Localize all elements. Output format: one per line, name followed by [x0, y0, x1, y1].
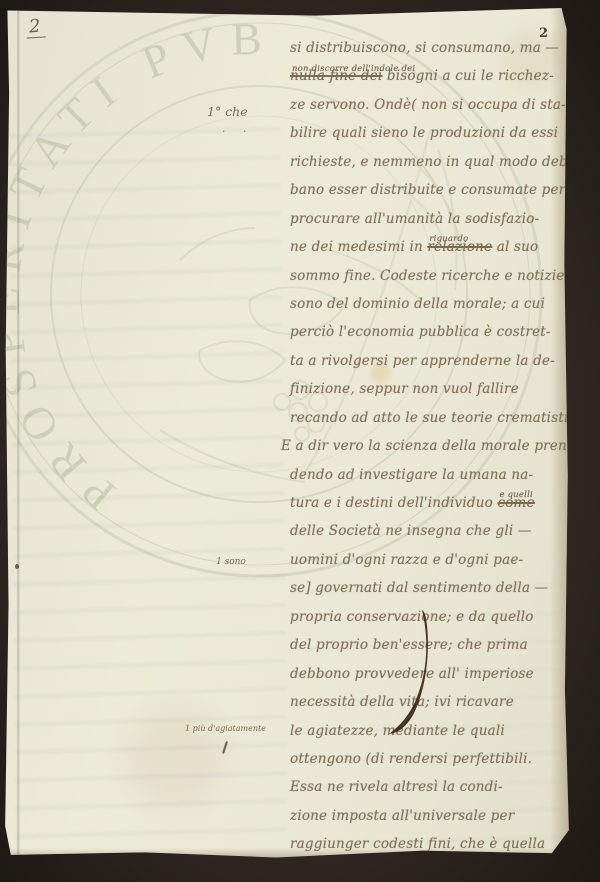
manuscript-line: ta a rivolgersi per apprenderne la de- [290, 347, 576, 375]
handwritten-text: uomini d'ogni razza e d'ogni pae- [290, 552, 523, 568]
manuscript-line: recando ad atto le sue teorie crematisti… [290, 404, 576, 432]
manuscript-line: del proprio ben'essere; che prima [290, 631, 576, 659]
handwritten-text: raggiunger codesti fini, che è quella [290, 836, 545, 852]
svg-text:PROSPERITATI PVB: PROSPERITATI PVB [0, 13, 275, 521]
interlinear-insertion: e quelli [499, 490, 532, 500]
struck-out-text: comee quelli [497, 495, 534, 511]
fold-crease [16, 8, 20, 860]
manuscript-line: perciò l'economia pubblica è costret- [290, 318, 576, 346]
manuscript-line: bilire quali sieno le produzioni da essi [290, 119, 576, 147]
manuscript-line: ne dei medesimi in relazioneriguardo al … [290, 233, 576, 261]
handwritten-text: perciò l'economia pubblica è costret- [290, 324, 551, 340]
handwritten-text: debbono provvedere all' imperiose [290, 666, 534, 682]
margin-note-che: 1° che [207, 104, 248, 119]
manuscript-line: se] governati dal sentimento della — [290, 574, 576, 602]
manuscript-line: delle Società ne insegna che gli — [290, 517, 576, 545]
manuscript-line: richieste, e nemmeno in qual modo deb- [290, 148, 576, 176]
manuscript-text-block: si distribuiscono, si consumano, ma —nul… [290, 34, 576, 859]
manuscript-line: raggiunger codesti fini, che è quella [290, 830, 576, 858]
ink-speck [15, 564, 19, 569]
handwritten-text: bilire quali sieno le produzioni da essi [290, 125, 558, 141]
handwritten-text: ze servono. Ondè( non si occupa di sta- [290, 97, 566, 113]
manuscript-line: procurare all'umanità la sodisfazio- [290, 205, 576, 233]
handwritten-text: E a dir vero la scienza della morale pre… [281, 438, 572, 454]
handwritten-text: finizione, seppur non vuol fallire [290, 381, 519, 397]
manuscript-line: E a dir vero la scienza della morale pre… [281, 432, 576, 460]
interlinear-insertion: riguardo [429, 234, 468, 244]
handwritten-text: sono del dominio della morale; a cui [290, 296, 545, 312]
margin-note-sono: 1 sono [216, 557, 246, 567]
handwritten-text: se] governati dal sentimento della — [290, 580, 548, 596]
handwritten-text: ottengono (di rendersi perfettibili. [290, 751, 532, 767]
manuscript-line: sono del dominio della morale; a cui [290, 290, 576, 318]
manuscript-line: ottengono (di rendersi perfettibili. [290, 745, 576, 773]
struck-out-text: nulla fine deinon discorre dell'indole d… [290, 68, 382, 84]
paper-sheet: PROSPERITATI PVB 2 2 1° che · · 1 sono 1… [4, 8, 570, 860]
manuscript-line: le agiatezze, mediante le quali [290, 717, 576, 745]
handwritten-text: procurare all'umanità la sodisfazio- [290, 211, 539, 227]
manuscript-line: zione imposta all'universale per [290, 802, 576, 830]
manuscript-line: Essa ne rivela altresì la condi- [290, 773, 576, 801]
handwritten-text: recando ad atto le sue teorie crematisti… [290, 410, 598, 426]
handwritten-text: sommo fine. Codeste ricerche e notizie [290, 268, 565, 284]
margin-tick-mark [222, 741, 228, 754]
struck-out-text: relazioneriguardo [427, 239, 492, 255]
handwritten-text: Essa ne rivela altresì la condi- [290, 779, 503, 795]
handwritten-text: richieste, e nemmeno in qual modo deb- [290, 154, 573, 170]
handwritten-text: propria conservazione; e da quello [290, 609, 534, 625]
handwritten-text: necessità della vita; ivi ricavare [290, 694, 514, 710]
manuscript-line: tura e i destini dell'individuo comee qu… [290, 489, 576, 517]
margin-note-dots: · · [222, 125, 254, 138]
handwritten-text: al suo [492, 239, 538, 255]
manuscript-line: nulla fine deinon discorre dell'indole d… [290, 62, 576, 90]
seal-text: PROSPERITATI PVB [0, 13, 275, 521]
manuscript-line: propria conservazione; e da quello [290, 603, 576, 631]
margin-note-piu: 1 più d'agiatamente [185, 724, 266, 733]
manuscript-scan: PROSPERITATI PVB 2 2 1° che · · 1 sono 1… [0, 0, 600, 882]
handwritten-text: del proprio ben'essere; che prima [290, 637, 528, 653]
manuscript-line: necessità della vita; ivi ricavare [290, 688, 576, 716]
handwritten-folio-number: 2 [25, 15, 46, 38]
handwritten-text: bisogni a cui le ricchez- [382, 68, 554, 84]
handwritten-text: le agiatezze, mediante le quali [290, 723, 505, 739]
handwritten-text: si distribuiscono, si consumano, ma — [290, 40, 559, 56]
manuscript-line: finizione, seppur non vuol fallire [290, 375, 576, 403]
manuscript-line: uomini d'ogni razza e d'ogni pae- [290, 546, 576, 574]
handwritten-text: tura e i destini dell'individuo [290, 495, 497, 511]
manuscript-line: si distribuiscono, si consumano, ma — [290, 34, 576, 62]
handwritten-text: zione imposta all'universale per [290, 808, 514, 824]
manuscript-line: bano esser distribuite e consumate per [290, 176, 576, 204]
manuscript-line: ze servono. Ondè( non si occupa di sta- [290, 91, 576, 119]
handwritten-text: bano esser distribuite e consumate per [290, 182, 565, 198]
handwritten-text: ne dei medesimi in [290, 239, 427, 255]
bleedthrough-texture [8, 111, 288, 856]
manuscript-line: dendo ad investigare la umana na- [290, 461, 576, 489]
handwritten-text: dendo ad investigare la umana na- [290, 467, 533, 483]
handwritten-text: ta a rivolgersi per apprenderne la de- [290, 353, 555, 369]
manuscript-line: sommo fine. Codeste ricerche e notizie [290, 262, 576, 290]
manuscript-line: debbono provvedere all' imperiose [290, 660, 576, 688]
handwritten-text: delle Società ne insegna che gli — [290, 523, 532, 539]
